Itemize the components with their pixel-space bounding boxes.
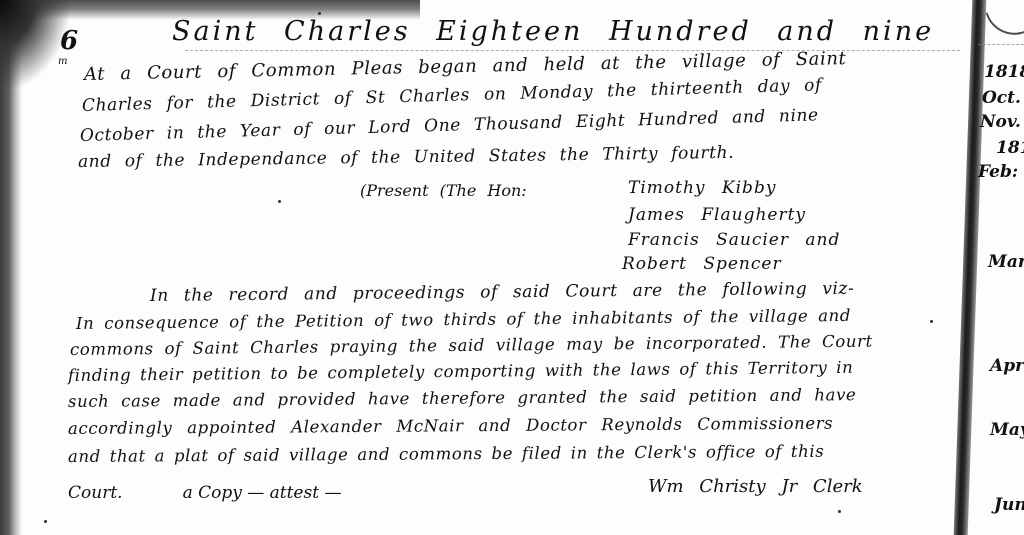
proceedings-line-5: such case made and provided have therefo… <box>68 385 856 411</box>
margin-entry-feb: Feb: <box>978 162 1018 182</box>
page-number-mark: m <box>58 56 67 67</box>
margin-entry-may: May <box>990 420 1024 440</box>
closing-line: Court.a Copy — attest — <box>68 483 341 503</box>
scan-speck <box>162 72 165 75</box>
present-label: (Present (The Hon: <box>360 181 527 200</box>
margin-rule-line <box>978 44 1024 45</box>
scan-speck <box>44 520 47 523</box>
margin-entry-nov: Nov. <box>980 112 1021 132</box>
proceedings-line-6: accordingly appointed Alexander McNair a… <box>68 414 833 438</box>
margin-entry-year-2: 181 <box>996 138 1024 158</box>
proceedings-line-2: In consequence of the Petition of two th… <box>76 306 851 333</box>
proceedings-line-1: In the record and proceedings of said Co… <box>150 279 855 306</box>
proceedings-line-7: and that a plat of said village and comm… <box>68 442 824 466</box>
judge-name-1: Timothy Kibby <box>628 178 776 198</box>
margin-entry-jun: Jun <box>994 495 1024 515</box>
proceedings-line-8: Court. <box>68 483 123 503</box>
margin-entry-mar: Mar <box>988 252 1024 272</box>
clerk-signature: Wm Christy Jr Clerk <box>648 476 863 497</box>
proceedings-line-3: commons of Saint Charles praying the sai… <box>70 332 873 359</box>
body-line-4: and of the Independance of the United St… <box>78 143 734 172</box>
ledger-binding-gutter <box>954 0 987 535</box>
judge-name-3: Francis Saucier and <box>628 230 840 250</box>
margin-entry-apr: Apr <box>990 356 1024 376</box>
scan-speck <box>838 510 841 513</box>
margin-pen-stroke <box>986 1 1024 43</box>
record-heading: Saint Charles Eighteen Hundred and nine <box>172 16 934 47</box>
margin-entry-oct: Oct. <box>982 88 1021 108</box>
margin-entry-year-1: 1818 <box>984 62 1024 82</box>
scan-speck <box>930 320 933 323</box>
judge-name-2: James Flaugherty <box>628 205 806 225</box>
scan-speck <box>318 12 321 15</box>
scan-speck <box>278 200 281 203</box>
copy-attest-note: a Copy — attest — <box>183 483 342 503</box>
scanned-document-page: 6 m Saint Charles Eighteen Hundred and n… <box>0 0 1024 535</box>
page-number: 6 <box>60 26 78 56</box>
proceedings-line-4: finding their petition to be completely … <box>68 358 854 385</box>
judge-name-4: Robert Spencer <box>622 254 782 274</box>
